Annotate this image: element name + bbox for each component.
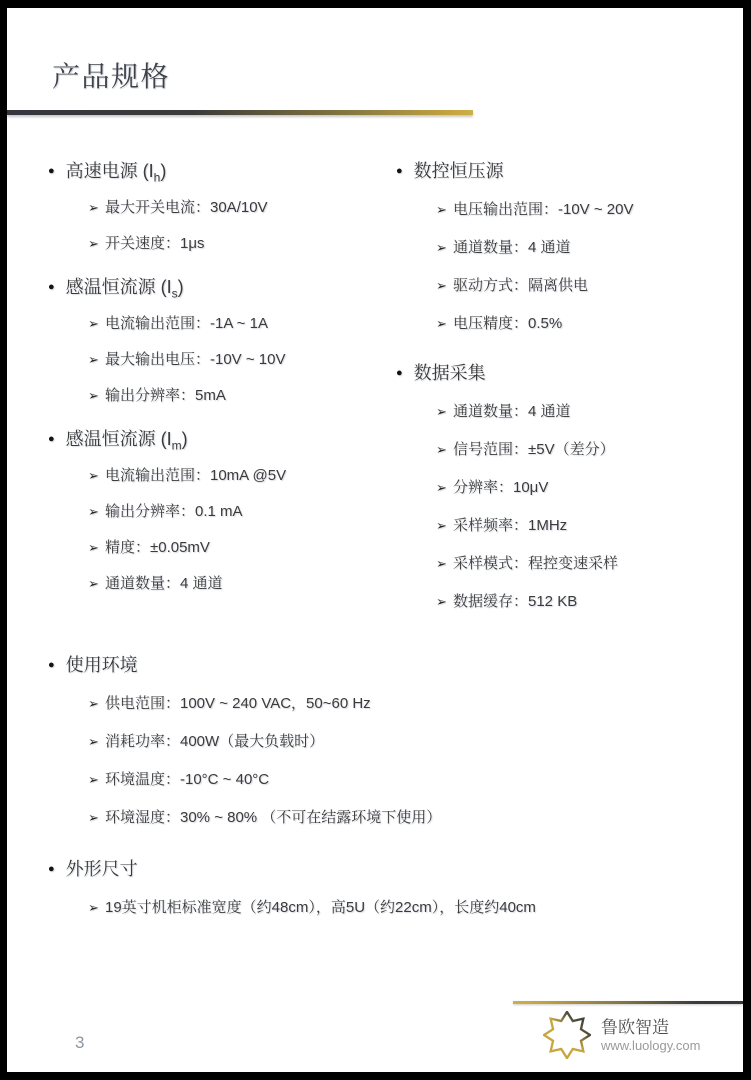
section-title-tail: ) [178, 277, 184, 297]
spec-item-text: 供电范围：100V ~ 240 VAC，50~60 Hz [105, 695, 371, 712]
spec-item-text: 电流输出范围：-1A ~ 1A [105, 315, 268, 332]
spec-item-text: 开关速度：1μs [105, 235, 205, 252]
spec-item: ➢ 输出分辨率：5mA [48, 385, 396, 407]
arrow-bullet-icon: ➢ [436, 401, 447, 423]
specs-column-left: ● 高速电源 (Ih) ➢ 最大开关电流：30A/10V ➢ 开关速度：1μs … [48, 159, 396, 615]
spec-item-text: 通道数量：4 通道 [105, 575, 223, 592]
spec-section-operating-environment: ● 使用环境 ➢ 供电范围：100V ~ 240 VAC，50~60 Hz ➢ … [48, 653, 720, 829]
arrow-bullet-icon: ➢ [88, 693, 99, 715]
spec-item: ➢ 供电范围：100V ~ 240 VAC，50~60 Hz [48, 693, 720, 715]
spec-section-title: ● 数据采集 [396, 361, 736, 385]
spec-item: ➢ 采样模式：程控变速采样 [396, 553, 736, 575]
spec-section-temp-current-source-s: ● 感温恒流源 (Is) ➢ 电流输出范围：-1A ~ 1A ➢ 最大输出电压：… [48, 275, 396, 407]
spec-section-title: ● 感温恒流源 (Im) [48, 427, 396, 451]
company-name: 鲁欧智造 [601, 1017, 700, 1038]
arrow-bullet-icon: ➢ [436, 477, 447, 499]
section-title-subscript: m [172, 439, 182, 453]
arrow-bullet-icon: ➢ [436, 515, 447, 537]
spec-item: ➢ 通道数量：4 通道 [396, 237, 736, 259]
spec-item-text: 采样频率：1MHz [453, 517, 567, 534]
section-title-text: 感温恒流源 (Is) [66, 275, 184, 299]
spec-item-text: 通道数量：4 通道 [453, 403, 571, 420]
arrow-bullet-icon: ➢ [88, 233, 99, 255]
spec-section-title: ● 外形尺寸 [48, 857, 720, 881]
spec-section-dimensions: ● 外形尺寸 ➢ 19英寸机柜标准宽度（约48cm），高5U（约22cm），长度… [48, 857, 720, 919]
spec-item: ➢ 分辨率：10μV [396, 477, 736, 499]
arrow-bullet-icon: ➢ [436, 237, 447, 259]
company-logo: 鲁欧智造 www.luology.com [543, 1011, 700, 1059]
spec-item-text: 电流输出范围：10mA @5V [105, 467, 286, 484]
arrow-bullet-icon: ➢ [436, 313, 447, 335]
section-title-text: 数据采集 [414, 361, 486, 385]
spec-item: ➢ 开关速度：1μs [48, 233, 396, 255]
spec-item: ➢ 电流输出范围：-1A ~ 1A [48, 313, 396, 335]
spec-item-text: 分辨率：10μV [453, 479, 548, 496]
spec-item: ➢ 电压输出范围：-10V ~ 20V [396, 199, 736, 221]
spec-item: ➢ 最大开关电流：30A/10V [48, 197, 396, 219]
page-number: 3 [75, 1033, 84, 1053]
section-title-main: 感温恒流源 (I [66, 277, 172, 297]
bullet-icon: ● [48, 653, 55, 677]
bullet-icon: ● [396, 361, 403, 385]
spec-item-text: 输出分辨率：5mA [105, 387, 226, 404]
spec-item-text: 信号范围：±5V（差分） [453, 441, 615, 458]
spec-item: ➢ 环境温度：-10°C ~ 40°C [48, 769, 720, 791]
specs-full-width: ● 使用环境 ➢ 供电范围：100V ~ 240 VAC，50~60 Hz ➢ … [48, 653, 720, 947]
spec-item-text: 环境湿度：30% ~ 80% （不可在结露环境下使用） [105, 809, 441, 826]
arrow-bullet-icon: ➢ [436, 199, 447, 221]
spec-item: ➢ 驱动方式：隔离供电 [396, 275, 736, 297]
bullet-icon: ● [48, 427, 55, 451]
spec-section-voltage-source: ● 数控恒压源 ➢ 电压输出范围：-10V ~ 20V ➢ 通道数量：4 通道 … [396, 159, 736, 335]
spec-section-temp-current-source-m: ● 感温恒流源 (Im) ➢ 电流输出范围：10mA @5V ➢ 输出分辨率：0… [48, 427, 396, 595]
spec-item: ➢ 精度：±0.05mV [48, 537, 396, 559]
spec-item-text: 采样模式：程控变速采样 [453, 555, 618, 572]
arrow-bullet-icon: ➢ [436, 553, 447, 575]
title-divider-line [7, 110, 473, 115]
spec-item-text: 数据缓存：512 KB [453, 593, 577, 610]
spec-section-title: ● 感温恒流源 (Is) [48, 275, 396, 299]
spec-section-title: ● 使用环境 [48, 653, 720, 677]
spec-item-text: 最大开关电流：30A/10V [105, 199, 268, 216]
section-title-main: 感温恒流源 (I [66, 429, 172, 449]
section-title-text: 感温恒流源 (Im) [66, 427, 188, 451]
spec-item: ➢ 采样频率：1MHz [396, 515, 736, 537]
arrow-bullet-icon: ➢ [436, 275, 447, 297]
spec-item-text: 环境温度：-10°C ~ 40°C [105, 771, 269, 788]
section-title-text: 数控恒压源 [414, 159, 504, 183]
arrow-bullet-icon: ➢ [88, 349, 99, 371]
arrow-bullet-icon: ➢ [88, 807, 99, 829]
arrow-bullet-icon: ➢ [88, 897, 99, 919]
spec-item-text: 输出分辨率：0.1 mA [105, 503, 243, 520]
spec-item: ➢ 19英寸机柜标准宽度（约48cm），高5U（约22cm），长度约40cm [48, 897, 720, 919]
bullet-icon: ● [396, 159, 403, 183]
spec-item: ➢ 信号范围：±5V（差分） [396, 439, 736, 461]
spec-item: ➢ 数据缓存：512 KB [396, 591, 736, 613]
arrow-bullet-icon: ➢ [88, 313, 99, 335]
arrow-bullet-icon: ➢ [88, 465, 99, 487]
spec-item: ➢ 电流输出范围：10mA @5V [48, 465, 396, 487]
arrow-bullet-icon: ➢ [436, 591, 447, 613]
spec-item: ➢ 消耗功率：400W（最大负载时） [48, 731, 720, 753]
bullet-icon: ● [48, 857, 55, 881]
arrow-bullet-icon: ➢ [88, 501, 99, 523]
spec-item-text: 通道数量：4 通道 [453, 239, 571, 256]
spec-item-text: 精度：±0.05mV [105, 539, 210, 556]
specs-column-right: ● 数控恒压源 ➢ 电压输出范围：-10V ~ 20V ➢ 通道数量：4 通道 … [396, 159, 736, 639]
arrow-bullet-icon: ➢ [88, 731, 99, 753]
spec-section-title: ● 数控恒压源 [396, 159, 736, 183]
arrow-bullet-icon: ➢ [88, 573, 99, 595]
spec-item: ➢ 最大输出电压：-10V ~ 10V [48, 349, 396, 371]
logo-star-icon [543, 1011, 591, 1059]
spec-item: ➢ 电压精度：0.5% [396, 313, 736, 335]
section-title-text: 使用环境 [66, 653, 138, 677]
spec-item: ➢ 通道数量：4 通道 [396, 401, 736, 423]
arrow-bullet-icon: ➢ [88, 537, 99, 559]
bullet-icon: ● [48, 275, 55, 299]
arrow-bullet-icon: ➢ [88, 769, 99, 791]
footer-divider-line [513, 1001, 743, 1004]
spec-item-text: 电压精度：0.5% [453, 315, 562, 332]
spec-item-text: 最大输出电压：-10V ~ 10V [105, 351, 285, 368]
spec-item-text: 电压输出范围：-10V ~ 20V [453, 201, 633, 218]
spec-item: ➢ 环境湿度：30% ~ 80% （不可在结露环境下使用） [48, 807, 720, 829]
spec-item-text: 19英寸机柜标准宽度（约48cm），高5U（约22cm），长度约40cm [105, 899, 536, 916]
spec-section-high-speed-supply: ● 高速电源 (Ih) ➢ 最大开关电流：30A/10V ➢ 开关速度：1μs [48, 159, 396, 255]
spec-item: ➢ 通道数量：4 通道 [48, 573, 396, 595]
bullet-icon: ● [48, 159, 55, 183]
arrow-bullet-icon: ➢ [88, 385, 99, 407]
spec-item-text: 驱动方式：隔离供电 [453, 277, 588, 294]
company-website: www.luology.com [601, 1038, 700, 1054]
arrow-bullet-icon: ➢ [88, 197, 99, 219]
section-title-tail: ) [160, 161, 166, 181]
document-page: 产品规格 ● 高速电源 (Ih) ➢ 最大开关电流：30A/10V ➢ 开关速度… [7, 8, 743, 1072]
section-title-text: 高速电源 (Ih) [66, 159, 167, 183]
section-title-main: 高速电源 (I [66, 161, 154, 181]
spec-item-text: 消耗功率：400W（最大负载时） [105, 733, 324, 750]
arrow-bullet-icon: ➢ [436, 439, 447, 461]
spec-item: ➢ 输出分辨率：0.1 mA [48, 501, 396, 523]
page-title: 产品规格 [52, 60, 170, 94]
section-title-tail: ) [182, 429, 188, 449]
spec-section-data-acquisition: ● 数据采集 ➢ 通道数量：4 通道 ➢ 信号范围：±5V（差分） ➢ 分辨率：… [396, 361, 736, 613]
spec-section-title: ● 高速电源 (Ih) [48, 159, 396, 183]
logo-text-block: 鲁欧智造 www.luology.com [601, 1017, 700, 1054]
section-title-text: 外形尺寸 [66, 857, 138, 881]
